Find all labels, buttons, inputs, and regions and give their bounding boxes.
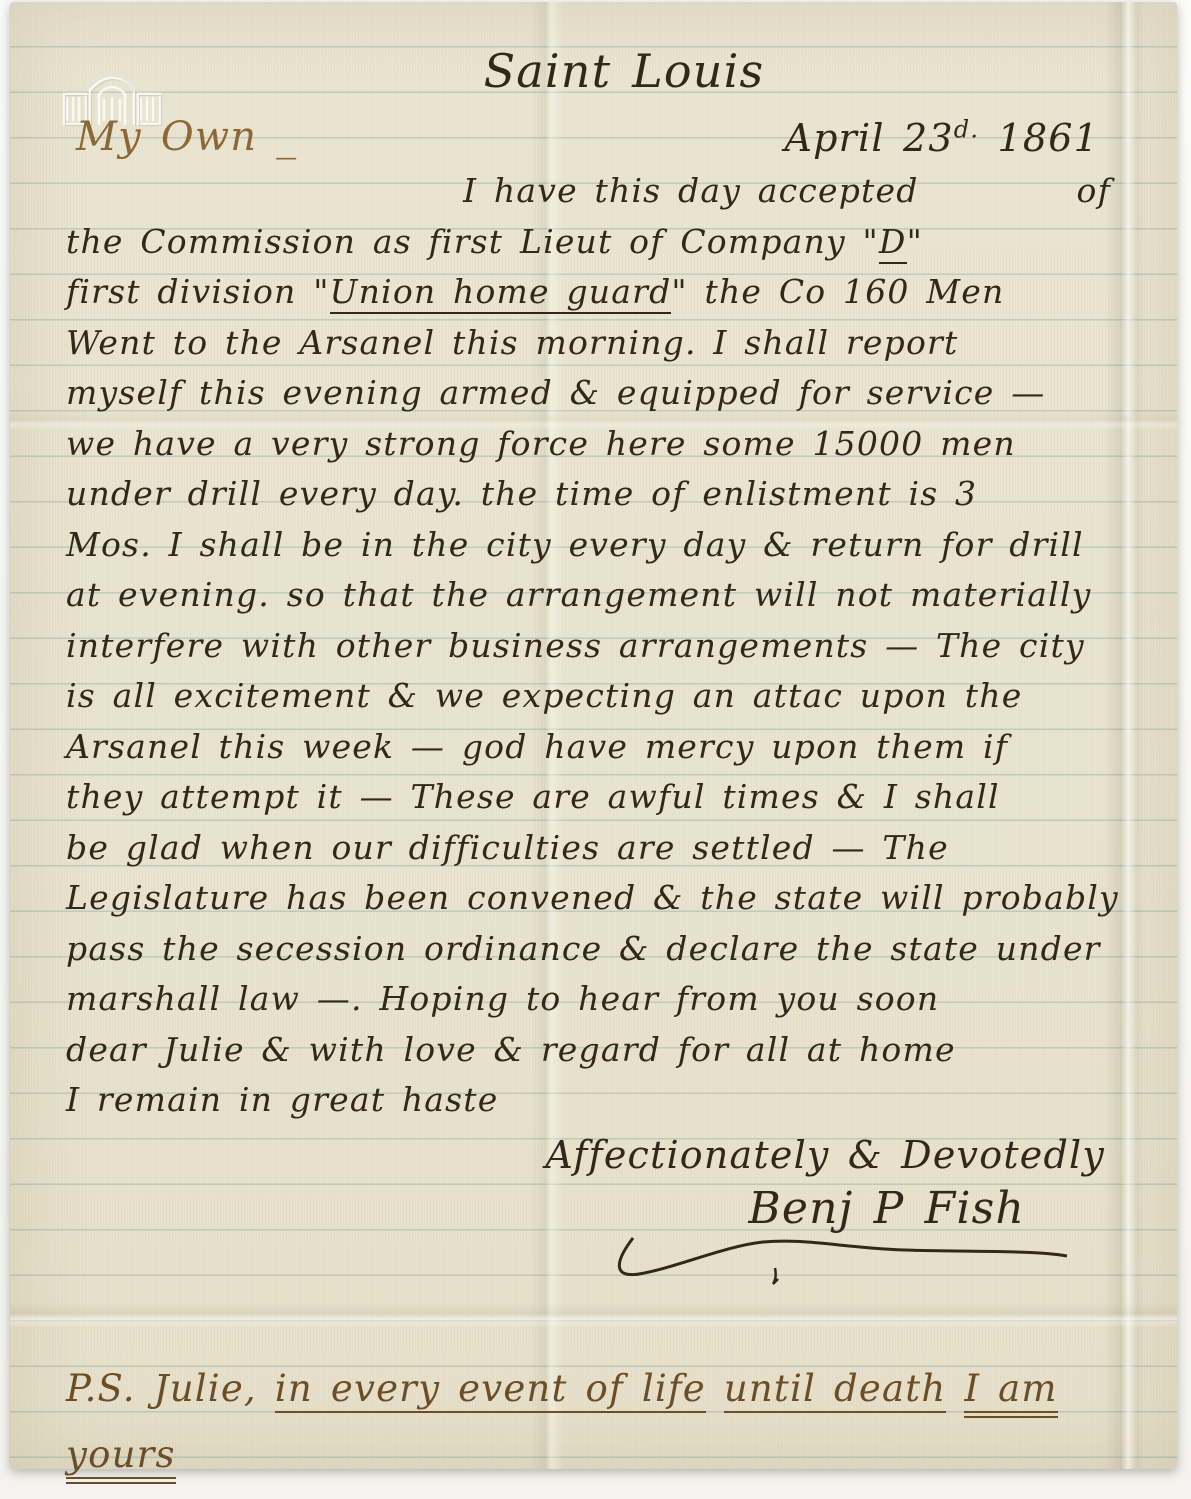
letter-line: they attempt it — These are awful times … [66, 772, 1139, 823]
letter-text-segment: P.S. Julie, [66, 1367, 275, 1410]
letter-line: Arsanel this week — god have mercy upon … [66, 722, 1139, 773]
closing-block: Affectionately & Devotedly Benj P Fish [66, 1128, 1139, 1296]
letter-text-segment: I have this day accepted [463, 166, 919, 217]
letter-body: I have this day acceptedofthe Commission… [66, 166, 1139, 1126]
letter-line: the Commission as first Lieut of Company… [66, 217, 1139, 268]
signature: Benj P Fish [66, 1182, 1105, 1236]
letter-line: myself this evening armed & equipped for… [66, 368, 1139, 419]
signature-flourish-icon [605, 1230, 1075, 1296]
letter-text-segment: Legislature has been convened & the stat… [66, 878, 1119, 917]
letter-text-segment: of [1077, 166, 1111, 217]
letter-text-segment: first division " [66, 272, 330, 311]
letter-text-segment: D [879, 222, 907, 264]
date-line: April 23d. 1861 [785, 115, 1139, 160]
letter-text-segment: April 23 [785, 116, 954, 160]
letter-text-segment: be glad when our difficulties are settle… [66, 828, 949, 867]
letter-line: pass the secession ordinance & declare t… [66, 924, 1139, 975]
letter-line: April 23d. 1861 [785, 116, 1099, 160]
letter-line: at evening. so that the arrangement will… [66, 570, 1139, 621]
place-line: Saint Louis [66, 44, 1139, 106]
letter-line: Mos. I shall be in the city every day & … [66, 520, 1139, 571]
letter-line: we have a very strong force here some 15… [66, 419, 1139, 470]
letter-line: is all excitement & we expecting an atta… [66, 671, 1139, 722]
letter-text-segment: marshall law —. Hoping to hear from you … [66, 979, 939, 1018]
letter-text-segment: Arsanel this week — god have mercy upon … [66, 727, 1008, 766]
postscript-block: P.S. Julie, in every event of life until… [66, 1356, 1139, 1488]
letter-line: first division "Union home guard" the Co… [66, 267, 1139, 318]
letter-line: be glad when our difficulties are settle… [66, 823, 1139, 874]
letter-sheet: Saint Louis My Own _ April 23d. 1861 I h… [10, 2, 1177, 1469]
salutation: My Own _ [66, 114, 297, 160]
letter-text-segment: 1861 [979, 116, 1099, 160]
letter-line: interfere with other business arrangemen… [66, 621, 1139, 672]
letter-text-segment: pass the secession ordinance & declare t… [66, 929, 1101, 968]
letter-text-segment: the Commission as first Lieut of Company… [66, 222, 879, 261]
place-text: Saint Louis [484, 44, 765, 98]
letter-text-segment: I am [964, 1367, 1057, 1418]
letter-text-segment: " the Co 160 Men [671, 272, 1004, 311]
letter-text-segment: " [907, 222, 923, 261]
letter-text-segment [706, 1367, 724, 1410]
letter-text-segment: until death [724, 1367, 947, 1413]
letter-text-segment: is all excitement & we expecting an atta… [66, 676, 1022, 715]
letter-line: dear Julie & with love & regard for all … [66, 1025, 1139, 1076]
letter-line: P.S. Julie, in every event of life until… [66, 1356, 1139, 1422]
letter-line: I remain in great haste [66, 1075, 1139, 1126]
letter-line: marshall law —. Hoping to hear from you … [66, 974, 1139, 1025]
letter-line: Went to the Arsanel this morning. I shal… [66, 318, 1139, 369]
letter-text-segment: Went to the Arsanel this morning. I shal… [66, 323, 958, 362]
letter-text-segment: I remain in great haste [66, 1080, 499, 1119]
letter-text-segment: yours [66, 1433, 176, 1484]
letter-text-segment: d. [954, 115, 979, 143]
letter-text-segment: dear Julie & with love & regard for all … [66, 1030, 956, 1069]
letter-line: yours [66, 1422, 1139, 1488]
letter-line: Legislature has been convened & the stat… [66, 873, 1139, 924]
letter-line: under drill every day. the time of enlis… [66, 469, 1139, 520]
letter-text-segment: interfere with other business arrangemen… [66, 626, 1085, 665]
letter-text-segment: we have a very strong force here some 15… [66, 424, 1016, 463]
letter-text-segment: Mos. I shall be in the city every day & … [66, 525, 1084, 564]
letter-text-segment: under drill every day. the time of enlis… [66, 474, 977, 513]
letter-text-segment: Union home guard [330, 272, 672, 314]
letter-text-segment: myself this evening armed & equipped for… [66, 373, 1045, 412]
letter-text-segment: they attempt it — These are awful times … [66, 777, 1000, 816]
letter-line: I have this day acceptedof [66, 166, 1139, 217]
closing-line: Affectionately & Devotedly [66, 1128, 1105, 1182]
letter-text-segment: in every event of life [275, 1367, 706, 1413]
salutation-date-row: My Own _ April 23d. 1861 [66, 102, 1139, 160]
letter-text-segment [946, 1367, 964, 1410]
letter-text-segment: at evening. so that the arrangement will… [66, 575, 1091, 614]
